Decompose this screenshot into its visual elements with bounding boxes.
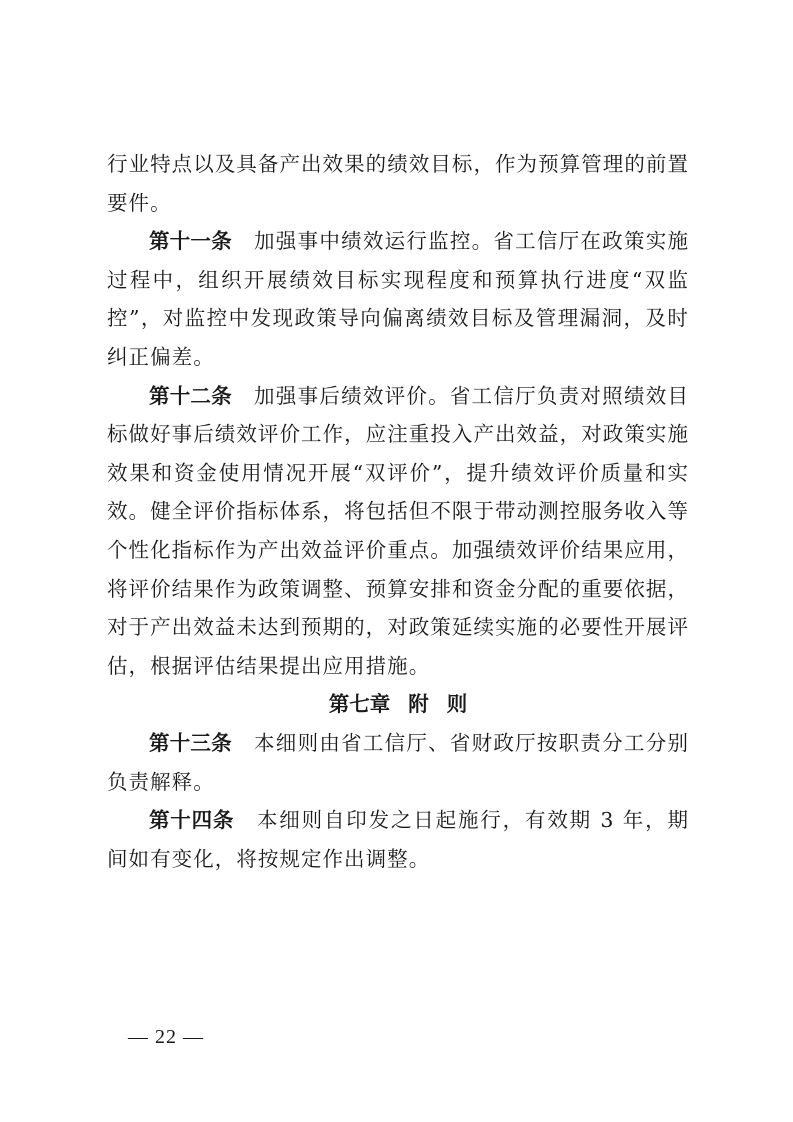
article-label: 第十三条 [149,731,232,755]
article-label: 第十一条 [149,229,232,253]
article-11: 第十一条加强事中绩效运行监控。省工信厅在政策实施过程中，组织开展绩效目标实现程度… [107,222,689,376]
page-number: — 22 — [128,1026,204,1049]
document-page: 行业特点以及具备产出效果的绩效目标，作为预算管理的前置要件。 第十一条加强事中绩… [107,145,689,878]
chapter-heading: 第七章附则 [107,685,689,724]
article-14: 第十四条本细则自印发之日起施行，有效期 3 年，期间如有变化，将按规定作出调整。 [107,801,689,878]
paragraph-continuation: 行业特点以及具备产出效果的绩效目标，作为预算管理的前置要件。 [107,145,689,222]
article-13: 第十三条本细则由省工信厅、省财政厅按职责分工分别负责解释。 [107,724,689,801]
article-text: 加强事后绩效评价。省工信厅负责对照绩效目标做好事后绩效评价工作，应注重投入产出效… [107,384,689,678]
chapter-number: 第七章 [329,692,391,716]
chapter-title-char: 附 [408,692,429,716]
chapter-title-char: 则 [447,692,468,716]
article-label: 第十四条 [149,808,234,832]
article-label: 第十二条 [149,384,232,408]
article-12: 第十二条加强事后绩效评价。省工信厅负责对照绩效目标做好事后绩效评价工作，应注重投… [107,377,689,686]
